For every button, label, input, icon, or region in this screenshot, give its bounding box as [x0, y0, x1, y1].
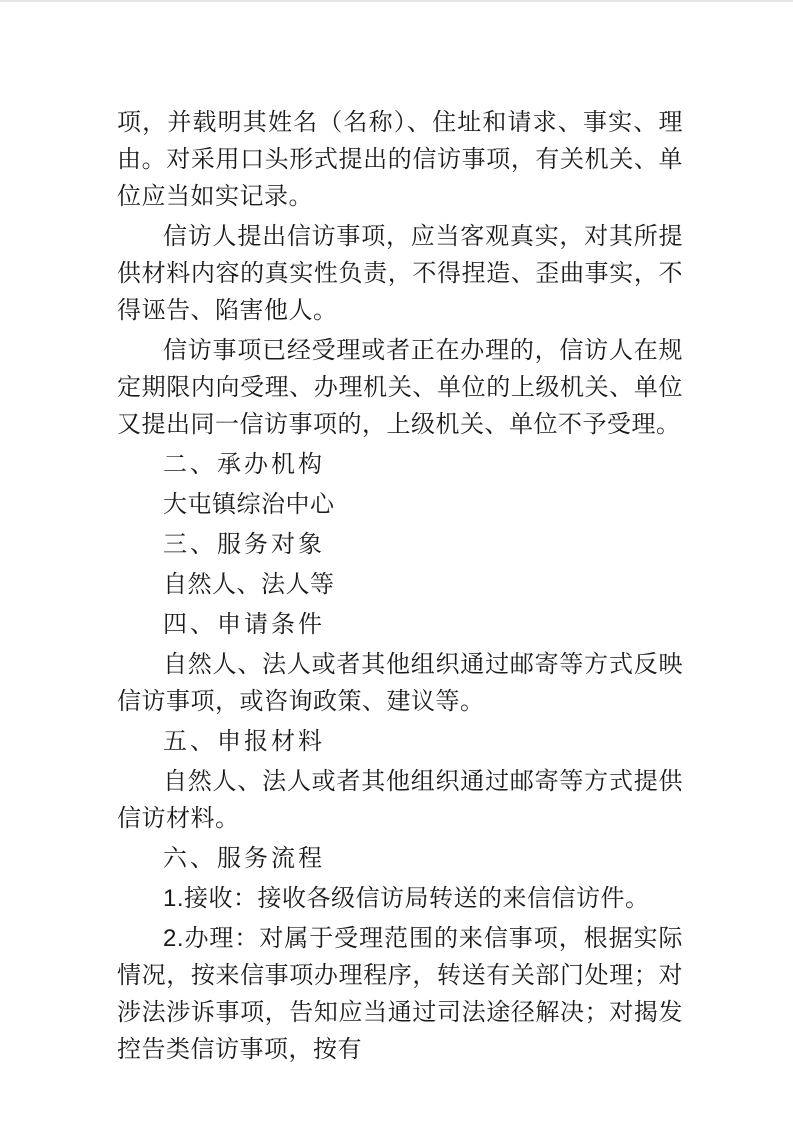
document-page: 项，并载明其姓名（名称）、住址和请求、事实、理由。对采用口头形式提出的信访事项，… [0, 0, 793, 1122]
section-heading: 二、承办机构 [117, 446, 683, 483]
paragraph: 信访事项已经受理或者正在办理的，信访人在规定期限内向受理、办理机关、单位的上级机… [117, 332, 683, 443]
section-heading: 五、申报材料 [117, 723, 683, 760]
section-heading: 三、服务对象 [117, 526, 683, 563]
paragraph: 1.接收：接收各级信访局转送的来信信访件。 [117, 880, 683, 917]
paragraph: 大屯镇综治中心 [117, 486, 683, 523]
paragraph: 自然人、法人或者其他组织通过邮寄等方式提供信访材料。 [117, 763, 683, 837]
paragraph: 自然人、法人等 [117, 566, 683, 603]
section-heading: 六、服务流程 [117, 840, 683, 877]
paragraph: 项，并载明其姓名（名称）、住址和请求、事实、理由。对采用口头形式提出的信访事项，… [117, 104, 683, 215]
paragraph: 2.办理：对属于受理范围的来信事项，根据实际情况，按来信事项办理程序，转送有关部… [117, 920, 683, 1068]
document-body: 项，并载明其姓名（名称）、住址和请求、事实、理由。对采用口头形式提出的信访事项，… [0, 0, 793, 1071]
paragraph: 自然人、法人或者其他组织通过邮寄等方式反映信访事项，或咨询政策、建议等。 [117, 646, 683, 720]
paragraph: 信访人提出信访事项，应当客观真实，对其所提供材料内容的真实性负责，不得捏造、歪曲… [117, 218, 683, 329]
section-heading: 四、申请条件 [117, 606, 683, 643]
